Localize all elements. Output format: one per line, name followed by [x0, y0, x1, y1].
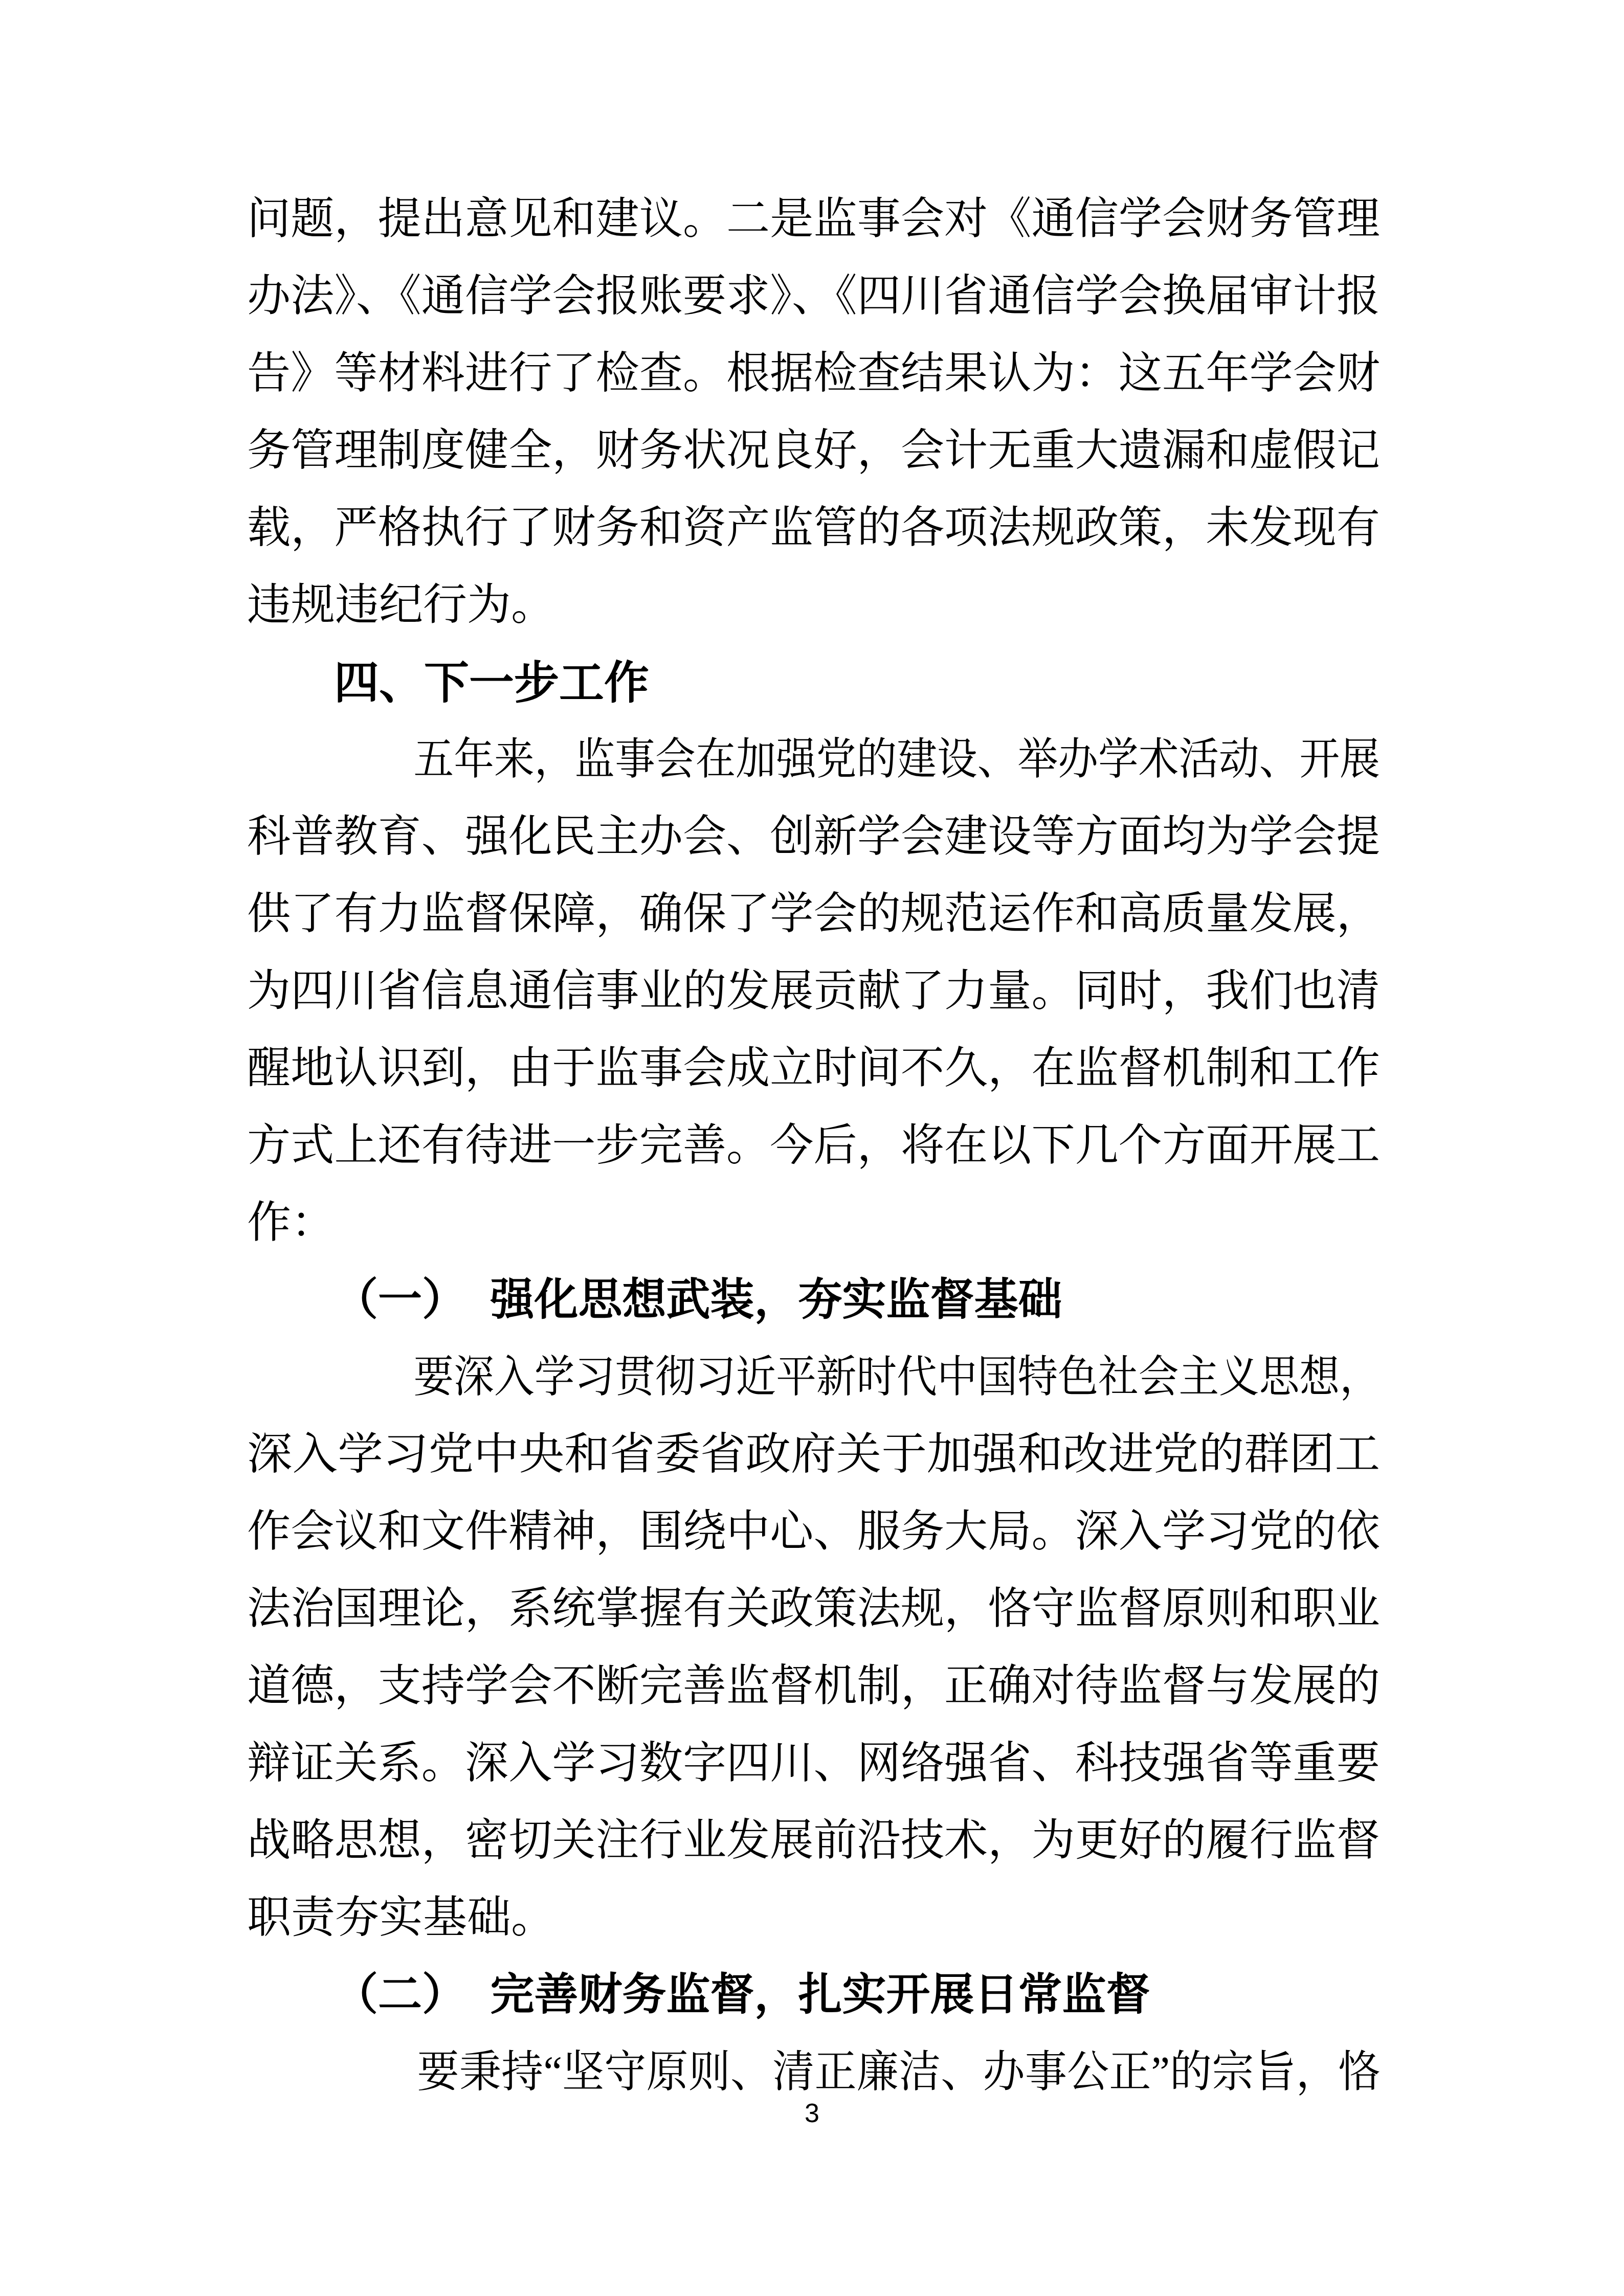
text-line-content: 要深入学习贯彻习近平新时代中国特色社会主义思想，	[334, 1339, 1380, 1416]
text-line-content: 道德，支持学会不断完善监督机制，正确对待监督与发展的	[247, 1648, 1380, 1725]
text-line-content: 方式上还有待进一步完善。今后，将在以下几个方面开展工	[247, 1107, 1380, 1184]
page-number: 3	[805, 2099, 819, 2128]
text-line-content: 办法》、《通信学会报账要求》、《四川省通信学会换届审计报	[247, 258, 1380, 335]
paragraph: 要深入学习贯彻习近平新时代中国特色社会主义思想，深入学习党中央和省委省政府关于加…	[247, 1339, 1380, 1956]
text-line: 科普教育、强化民主办会、创新学会建设等方面均为学会提	[247, 798, 1380, 875]
text-line-content: 务管理制度健全，财务状况良好，会计无重大遗漏和虚假记	[247, 412, 1380, 489]
subsection-heading: （二） 完善财务监督，扎实开展日常监督	[247, 1956, 1380, 2034]
text-line-content: 供了有力监督保障，确保了学会的规范运作和高质量发展，	[247, 875, 1380, 953]
text-line: 职责夯实基础。	[247, 1879, 1380, 1956]
text-line: 战略思想，密切关注行业发展前沿技术，为更好的履行监督	[247, 1802, 1380, 1879]
text-line: 要深入学习贯彻习近平新时代中国特色社会主义思想，	[247, 1339, 1380, 1416]
text-line: 辩证关系。深入学习数字四川、网络强省、科技强省等重要	[247, 1725, 1380, 1802]
document-body: 问题，提出意见和建议。二是监事会对《通信学会财务管理办法》、《通信学会报账要求》…	[247, 181, 1380, 2111]
text-line-content: 作会议和文件精神，围绕中心、服务大局。深入学习党的依	[247, 1493, 1380, 1570]
text-line: 醒地认识到，由于监事会成立时间不久，在监督机制和工作	[247, 1030, 1380, 1107]
text-line-content: 科普教育、强化民主办会、创新学会建设等方面均为学会提	[247, 798, 1380, 875]
paragraph: 五年来，监事会在加强党的建设、举办学术活动、开展科普教育、强化民主办会、创新学会…	[247, 721, 1380, 1262]
text-line: 道德，支持学会不断完善监督机制，正确对待监督与发展的	[247, 1648, 1380, 1725]
text-line-content: 五年来，监事会在加强党的建设、举办学术活动、开展	[334, 721, 1380, 798]
text-line: 供了有力监督保障，确保了学会的规范运作和高质量发展，	[247, 875, 1380, 953]
document-page: 问题，提出意见和建议。二是监事会对《通信学会财务管理办法》、《通信学会报账要求》…	[0, 0, 1624, 2296]
text-line-content: 法治国理论，系统掌握有关政策法规，恪守监督原则和职业	[247, 1570, 1380, 1648]
text-line: 为四川省信息通信事业的发展贡献了力量。同时，我们也清	[247, 953, 1380, 1030]
text-line: 违规违纪行为。	[247, 567, 1380, 644]
text-line-content: 载，严格执行了财务和资产监管的各项法规政策，未发现有	[247, 489, 1380, 567]
page-footer: 3	[0, 2096, 1624, 2131]
text-line: 载，严格执行了财务和资产监管的各项法规政策，未发现有	[247, 489, 1380, 567]
text-line-content: 战略思想，密切关注行业发展前沿技术，为更好的履行监督	[247, 1802, 1380, 1879]
text-line: 方式上还有待进一步完善。今后，将在以下几个方面开展工	[247, 1107, 1380, 1184]
text-line: 作：	[247, 1184, 1380, 1262]
text-line-content: 告》等材料进行了检查。根据检查结果认为：这五年学会财	[247, 335, 1380, 412]
text-line: 深入学习党中央和省委省政府关于加强和改进党的群团工	[247, 1416, 1380, 1493]
text-line: 五年来，监事会在加强党的建设、举办学术活动、开展	[247, 721, 1380, 798]
text-line-content: 为四川省信息通信事业的发展贡献了力量。同时，我们也清	[247, 953, 1380, 1030]
text-line: 问题，提出意见和建议。二是监事会对《通信学会财务管理	[247, 181, 1380, 258]
paragraph: 问题，提出意见和建议。二是监事会对《通信学会财务管理办法》、《通信学会报账要求》…	[247, 181, 1380, 644]
text-line: 办法》、《通信学会报账要求》、《四川省通信学会换届审计报	[247, 258, 1380, 335]
text-line-content: 深入学习党中央和省委省政府关于加强和改进党的群团工	[247, 1416, 1380, 1493]
text-line-content: 问题，提出意见和建议。二是监事会对《通信学会财务管理	[247, 181, 1380, 258]
text-line: 务管理制度健全，财务状况良好，会计无重大遗漏和虚假记	[247, 412, 1380, 489]
text-line: 作会议和文件精神，围绕中心、服务大局。深入学习党的依	[247, 1493, 1380, 1570]
text-line-content: 醒地认识到，由于监事会成立时间不久，在监督机制和工作	[247, 1030, 1380, 1107]
text-line: 告》等材料进行了检查。根据检查结果认为：这五年学会财	[247, 335, 1380, 412]
text-line-content: 辩证关系。深入学习数字四川、网络强省、科技强省等重要	[247, 1725, 1380, 1802]
subsection-heading: （一） 强化思想武装，夯实监督基础	[247, 1262, 1380, 1339]
section-heading: 四、下一步工作	[247, 644, 1380, 721]
text-line: 法治国理论，系统掌握有关政策法规，恪守监督原则和职业	[247, 1570, 1380, 1648]
